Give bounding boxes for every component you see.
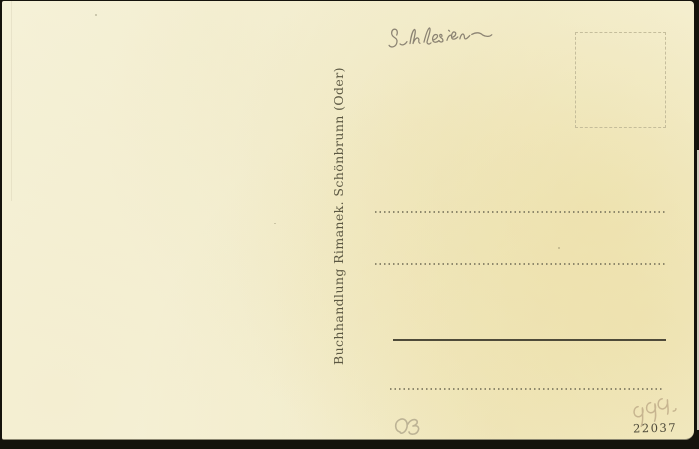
address-line-2 [375, 263, 666, 265]
dust-speck [558, 247, 560, 249]
stamp-box-outline [575, 32, 666, 128]
schlesien-handwriting [385, 20, 526, 65]
paper-crease [11, 1, 12, 201]
scanned-postcard-back: Buchhandlung Rimanek. Schönbrunn (Oder) [0, 0, 699, 449]
postcard-card: Buchhandlung Rimanek. Schönbrunn (Oder) [2, 1, 694, 440]
address-line-3 [393, 339, 666, 341]
address-line-1 [375, 211, 666, 213]
dust-speck [274, 223, 276, 224]
dust-speck [95, 14, 97, 16]
address-line-4 [390, 388, 664, 390]
pencil-note-handwriting [388, 410, 424, 442]
serial-number: 22037 [633, 421, 677, 436]
publisher-imprint: Buchhandlung Rimanek. Schönbrunn (Oder) [331, 107, 355, 365]
